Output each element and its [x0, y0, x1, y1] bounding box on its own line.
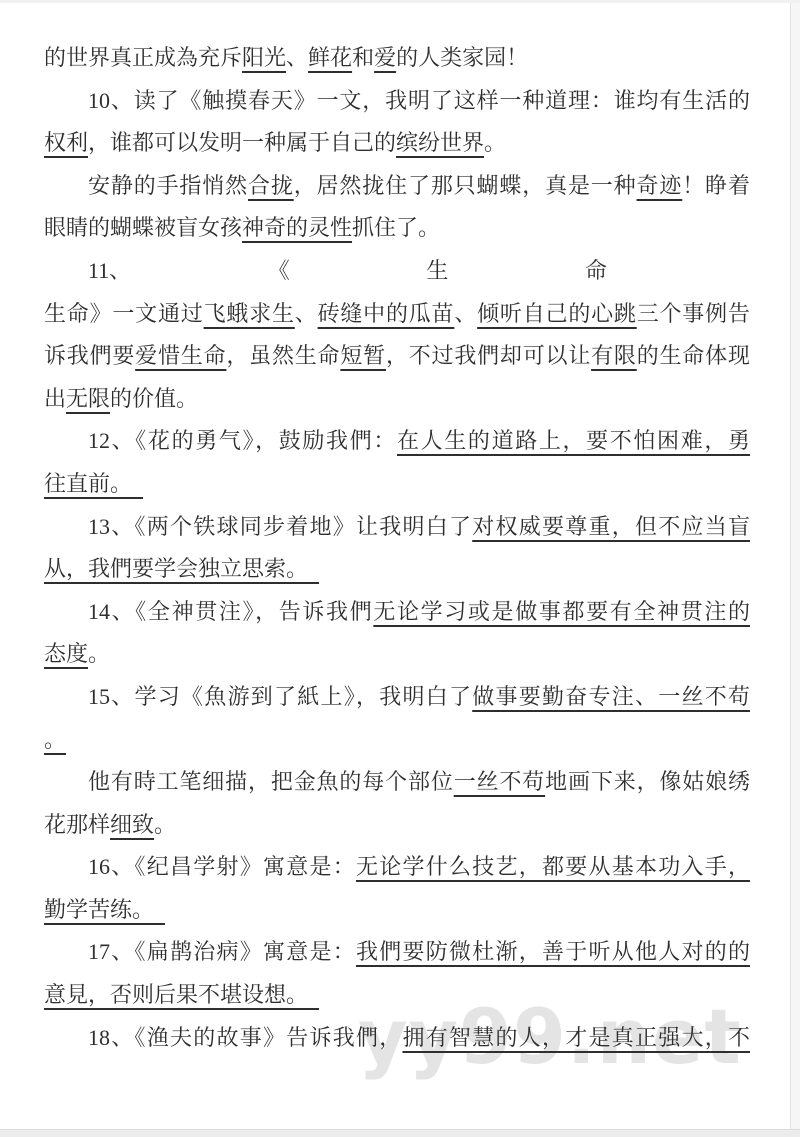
- text-line: 往直前。: [44, 463, 750, 506]
- text-segment: 诉我們要: [44, 343, 135, 368]
- text-line: 眼睛的蝴蝶被盲女孩神奇的灵性抓住了。: [44, 207, 750, 250]
- underlined-phrase: 在人生的道路上，要不怕困难，勇: [397, 428, 750, 453]
- text-segment: 生命》一文通过: [44, 301, 204, 326]
- text-segment: 眼睛的蝴蝶被盲女孩: [44, 215, 242, 240]
- text-segment: ，不过我們却可以让: [386, 343, 591, 368]
- text-line: 。: [44, 719, 750, 762]
- text-line: 12、《花的勇气》，鼓励我們：在人生的道路上，要不怕困难，勇: [44, 420, 750, 463]
- text-segment: 的人类家园！: [396, 45, 528, 70]
- document-lines: 的世界真正成為充斥阳光、鲜花和爱的人类家园！10、读了《触摸春天》一文，我明了这…: [44, 37, 750, 1059]
- text-segment: 17、《扁鹊治病》寓意是：: [88, 939, 356, 964]
- underlined-phrase: 倾听自己的心跳: [477, 301, 637, 326]
- underlined-phrase: 无论学什么技艺，都要从基本功入手，: [356, 854, 750, 879]
- text-segment: 三个事例告: [637, 301, 750, 326]
- text-segment: ，虽然生命: [226, 343, 340, 368]
- text-line: 花那样细致。: [44, 804, 750, 847]
- underlined-phrase: 权利: [44, 130, 88, 155]
- underlined-phrase: 无限: [66, 386, 110, 411]
- text-segment: 14、《全神贯注》，告诉我們: [88, 599, 373, 624]
- text-line: 10、读了《触摸春天》一文，我明了这样一种道理：谁均有生活的: [44, 80, 750, 123]
- underlined-phrase: 短暂: [340, 343, 386, 368]
- underlined-phrase: 我們要防微杜渐，善于听从他人对的的: [356, 939, 750, 964]
- underlined-phrase: 缤纷世界: [396, 130, 484, 155]
- text-line: 生命》一文通过飞蛾求生、砖缝中的瓜苗、倾听自己的心跳三个事例告: [44, 293, 750, 336]
- text-line: 他有時工笔细描，把金魚的每个部位一丝不苟地画下来，像姑娘绣: [44, 761, 750, 804]
- text-segment: 安静的手指悄然: [88, 173, 248, 198]
- text-segment: 、: [295, 301, 318, 326]
- text-line: 13、《两个铁球同步着地》让我明白了对权威要尊重，但不应当盲: [44, 506, 750, 549]
- text-line: 勤学苦练。: [44, 889, 750, 932]
- underlined-phrase: 做事要勤奋专注、一丝不苟: [472, 684, 750, 709]
- page-top-edge: [0, 0, 800, 3]
- text-line: 14、《全神贯注》，告诉我們无论学习或是做事都要有全神贯注的: [44, 591, 750, 634]
- document-page: yy99.net 的世界真正成為充斥阳光、鲜花和爱的人类家园！10、读了《触摸春…: [0, 0, 791, 1129]
- text-segment: 命: [585, 250, 607, 293]
- text-line: 17、《扁鹊治病》寓意是：我們要防微杜渐，善于听从他人对的的: [44, 931, 750, 974]
- text-segment: 12、《花的勇气》，鼓励我們：: [88, 428, 397, 453]
- text-segment: 的世界真正成為充斥: [44, 45, 242, 70]
- underlined-phrase: 合拢: [248, 173, 294, 198]
- page-bottom-edge: [0, 1129, 800, 1137]
- text-line: 权利，谁都可以发明一种属于自己的缤纷世界。: [44, 122, 750, 165]
- text-line: 态度。: [44, 633, 750, 676]
- text-segment: 16、《纪昌学射》寓意是：: [88, 854, 356, 879]
- underlined-phrase: 。: [44, 727, 66, 752]
- underlined-phrase: 一丝不苟: [454, 769, 545, 794]
- text-segment: 13、《两个铁球同步着地》让我明白了: [88, 514, 472, 539]
- text-segment: 18、《渔夫的故事》告诉我們，: [88, 1025, 403, 1050]
- text-line: 16、《纪昌学射》寓意是：无论学什么技艺，都要从基本功入手，: [44, 846, 750, 889]
- underlined-phrase: 无论学习或是做事都要有全神贯注的: [373, 599, 750, 624]
- text-segment: 出: [44, 386, 66, 411]
- text-line: 诉我們要爱惜生命，虽然生命短暂，不过我們却可以让有限的生命体现: [44, 335, 750, 378]
- text-line: 11、《生命: [88, 250, 607, 293]
- underlined-phrase: 对权威要尊重，但不应当盲: [472, 514, 750, 539]
- text-segment: 抓住了。: [352, 215, 440, 240]
- underlined-phrase: 奇迹: [637, 173, 683, 198]
- underlined-phrase: 往直前。: [44, 471, 143, 496]
- text-segment: ！睁着: [682, 173, 750, 198]
- text-segment: 10、读了《触摸春天》一文，我明了这样一种道理：谁均有生活的: [88, 88, 750, 113]
- underlined-phrase: 爱惜生命: [135, 343, 226, 368]
- underlined-phrase: 砖缝中的瓜苗: [318, 301, 455, 326]
- text-line: 从，我們要学会独立思索。: [44, 548, 750, 591]
- text-segment: ，居然拢住了那只蝴蝶，真是一种: [294, 173, 637, 198]
- underlined-phrase: 细致: [110, 812, 154, 837]
- underlined-phrase: 有限: [591, 343, 637, 368]
- text-segment: 的生命体现: [637, 343, 750, 368]
- text-line: 18、《渔夫的故事》告诉我們，拥有智慧的人，才是真正强大，不: [44, 1017, 750, 1060]
- text-line: 出无限的价值。: [44, 378, 750, 421]
- text-segment: 花那样: [44, 812, 110, 837]
- text-segment: 。: [88, 641, 110, 666]
- underlined-phrase: 意見，否则后果不堪设想。: [44, 982, 319, 1007]
- text-line: 安静的手指悄然合拢，居然拢住了那只蝴蝶，真是一种奇迹！睁着: [44, 165, 750, 208]
- underlined-phrase: 态度: [44, 641, 88, 666]
- text-line: 意見，否则后果不堪设想。: [44, 974, 750, 1017]
- underlined-phrase: 拥有智慧的人，才是真正强大，不: [403, 1025, 751, 1050]
- text-line: 15、学习《魚游到了紙上》，我明白了做事要勤奋专注、一丝不苟: [44, 676, 750, 719]
- text-segment: ，谁都可以发明一种属于自己的: [88, 130, 396, 155]
- text-segment: 。: [154, 812, 176, 837]
- text-segment: 地画下来，像姑娘绣: [545, 769, 750, 794]
- underlined-phrase: 勤学苦练。: [44, 897, 165, 922]
- underlined-phrase: 阳光: [242, 45, 286, 70]
- text-line: 的世界真正成為充斥阳光、鲜花和爱的人类家园！: [44, 37, 750, 80]
- text-segment: 。: [484, 130, 506, 155]
- text-segment: 15、学习《魚游到了紙上》，我明白了: [88, 684, 472, 709]
- underlined-phrase: 从，我們要学会独立思索。: [44, 556, 319, 581]
- text-segment: 11、: [88, 250, 131, 293]
- text-segment: 《: [268, 250, 290, 293]
- text-segment: 、: [454, 301, 477, 326]
- text-segment: 和: [352, 45, 374, 70]
- text-segment: 的价值。: [110, 386, 198, 411]
- underlined-phrase: 神奇的灵性: [242, 215, 352, 240]
- text-segment: 生: [426, 250, 448, 293]
- text-segment: 、: [286, 45, 308, 70]
- text-segment: 他有時工笔细描，把金魚的每个部位: [88, 769, 454, 794]
- underlined-phrase: 爱: [374, 45, 396, 70]
- underlined-phrase: 鲜花: [308, 45, 352, 70]
- underlined-phrase: 飞蛾求生: [204, 301, 295, 326]
